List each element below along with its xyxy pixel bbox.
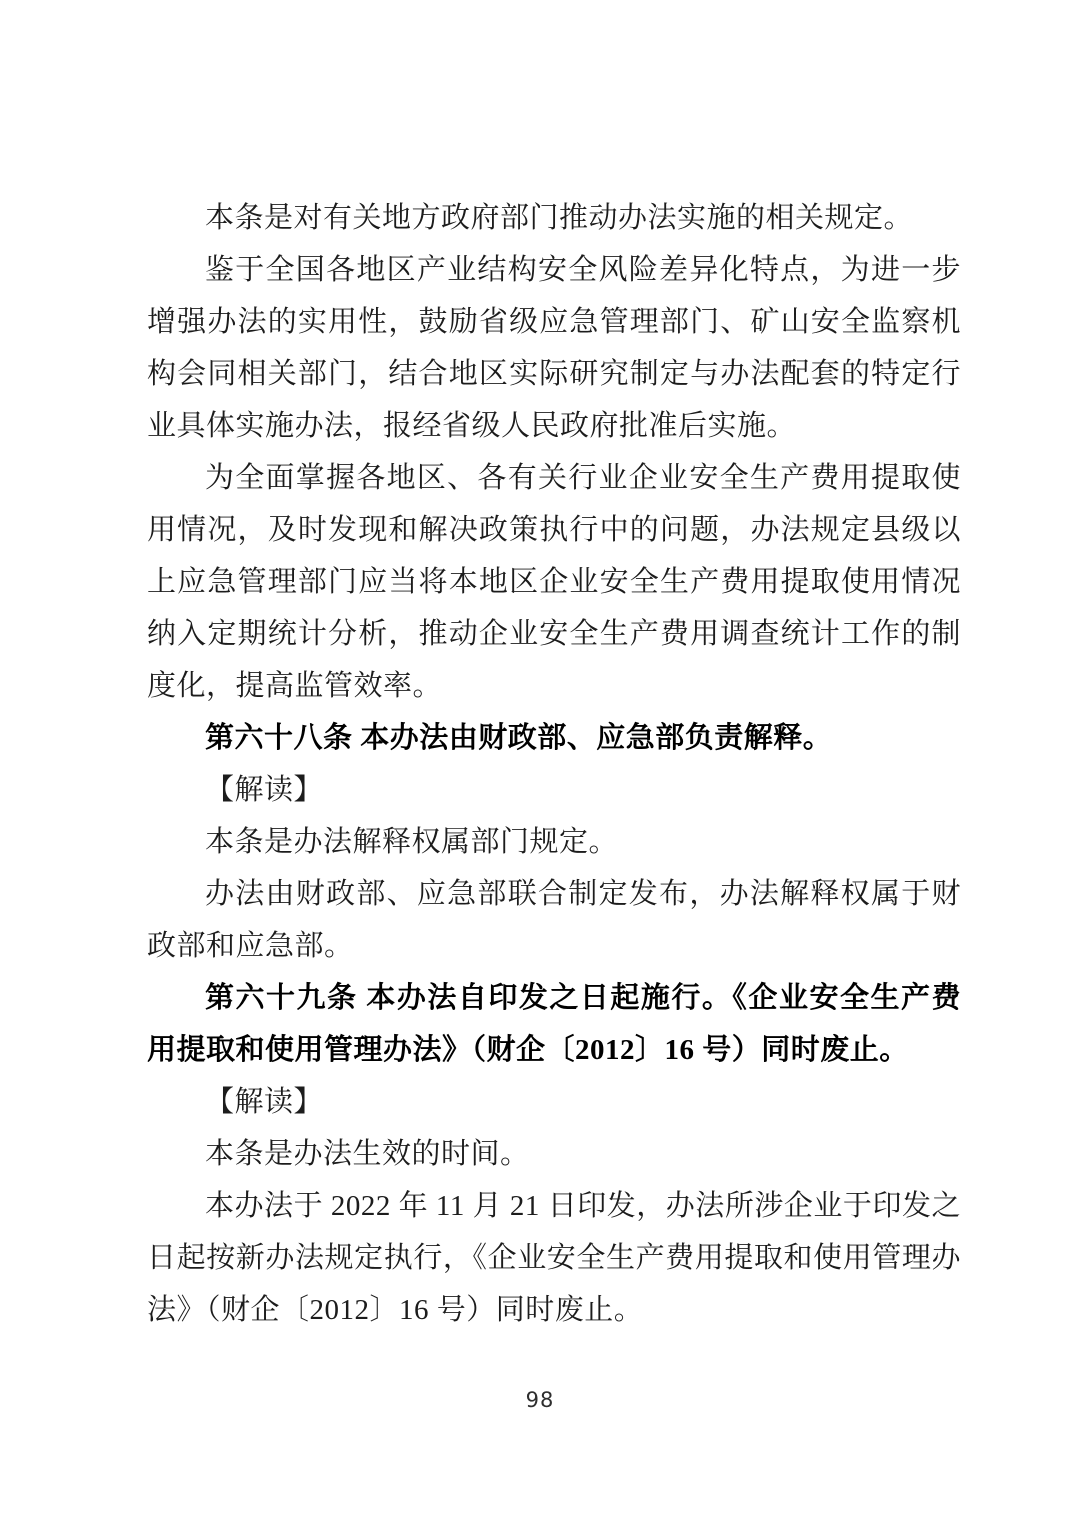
page-footer: 98: [0, 1388, 1080, 1412]
document-body: 本条是对有关地方政府部门推动办法实施的相关规定。鉴于全国各地区产业结构安全风险差…: [147, 192, 961, 1336]
article-heading: 第六十八条 本办法由财政部、应急部负责解释。: [147, 712, 961, 764]
body-paragraph: 本办法于 2022 年 11 月 21 日印发，办法所涉企业于印发之日起按新办法…: [147, 1180, 961, 1336]
document-page: 本条是对有关地方政府部门推动办法实施的相关规定。鉴于全国各地区产业结构安全风险差…: [0, 0, 1080, 1527]
body-paragraph: 本条是办法解释权属部门规定。: [147, 816, 961, 868]
article-heading: 第六十九条 本办法自印发之日起施行。《企业安全生产费用提取和使用管理办法》（财企…: [147, 972, 961, 1076]
page-number: 98: [526, 1388, 555, 1412]
body-paragraph: 鉴于全国各地区产业结构安全风险差异化特点，为进一步增强办法的实用性，鼓励省级应急…: [147, 244, 961, 452]
body-paragraph: 办法由财政部、应急部联合制定发布，办法解释权属于财政部和应急部。: [147, 868, 961, 972]
body-paragraph: 本条是对有关地方政府部门推动办法实施的相关规定。: [147, 192, 961, 244]
body-paragraph: 本条是办法生效的时间。: [147, 1128, 961, 1180]
body-paragraph: 【解读】: [147, 764, 961, 816]
body-paragraph: 为全面掌握各地区、各有关行业企业安全生产费用提取使用情况，及时发现和解决政策执行…: [147, 452, 961, 712]
body-paragraph: 【解读】: [147, 1076, 961, 1128]
